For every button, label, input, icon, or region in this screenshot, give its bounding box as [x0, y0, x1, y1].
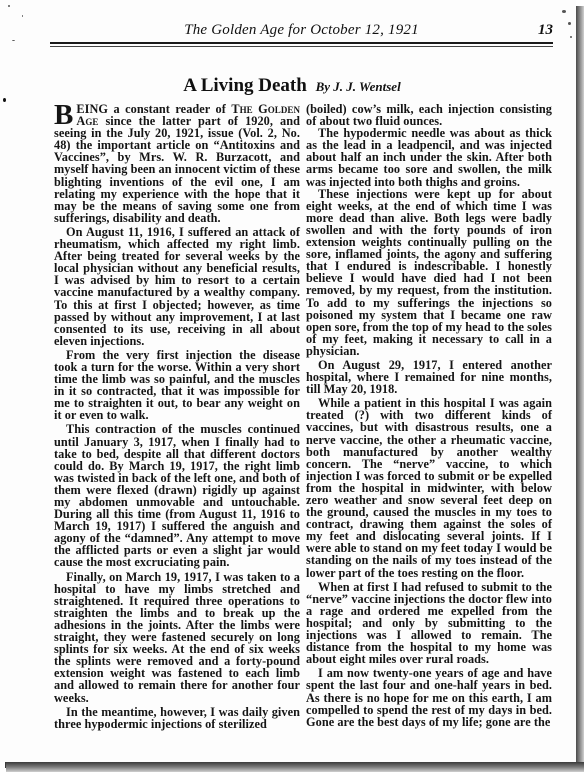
running-head: The Golden Age for October 12, 1921 13: [50, 22, 553, 42]
scan-speck: [22, 15, 23, 17]
lead-text-rest: since the latter part of 1920, and seein…: [54, 114, 300, 225]
scan-speck: [568, 22, 571, 25]
drop-cap: B: [54, 104, 73, 126]
paragraph: This contraction of the muscles continue…: [54, 423, 300, 568]
paragraph: In the meantime, however, I was daily gi…: [54, 706, 300, 730]
scan-speck: [510, 709, 512, 711]
left-column: BEING a constant reader of The Golden Ag…: [54, 103, 300, 730]
article-byline: By J. J. Wentsel: [316, 79, 401, 94]
lead-paragraph: BEING a constant reader of The Golden Ag…: [54, 103, 300, 224]
article-title: A Living Death: [183, 75, 307, 96]
page-shadow-bottom: [6, 762, 584, 772]
scan-speck: [12, 40, 15, 41]
right-column: (boiled) cow’s milk, each injection cons…: [306, 103, 552, 728]
article-heading: A Living Death By J. J. Wentsel: [0, 75, 584, 97]
header-rule-thick: [50, 42, 553, 44]
scanned-page: The Golden Age for October 12, 1921 13 A…: [0, 0, 576, 762]
paragraph: While a patient in this hospital I was a…: [306, 397, 552, 578]
paragraph-continuation: (boiled) cow’s milk, each injection cons…: [306, 103, 552, 127]
paragraph: I am now twenty-one years of age and hav…: [306, 667, 552, 727]
scan-speck: [8, 5, 10, 7]
paragraph: These injections were kept up for about …: [306, 188, 552, 357]
paragraph: From the very first injection the diseas…: [54, 349, 300, 422]
paragraph: When at first I had refused to submit to…: [306, 581, 552, 666]
paragraph: On August 11, 1916, I suffered an attack…: [54, 226, 300, 347]
scan-speck: [3, 98, 6, 102]
paragraph: On August 29, 1917, I entered another ho…: [306, 359, 552, 395]
scan-speck: [100, 724, 102, 726]
scan-speck: [350, 27, 352, 28]
paragraph: Finally, on March 19, 1917, I was taken …: [54, 571, 300, 704]
page-shadow-right: [576, 6, 584, 772]
scan-speck: [570, 36, 572, 38]
header-rule-thin: [50, 46, 553, 47]
publication-title: The Golden Age for October 12, 1921: [50, 22, 553, 39]
paragraph: The hypodermic needle was about as thick…: [306, 127, 552, 187]
page-number: 13: [538, 22, 553, 39]
scan-speck: [562, 10, 566, 13]
